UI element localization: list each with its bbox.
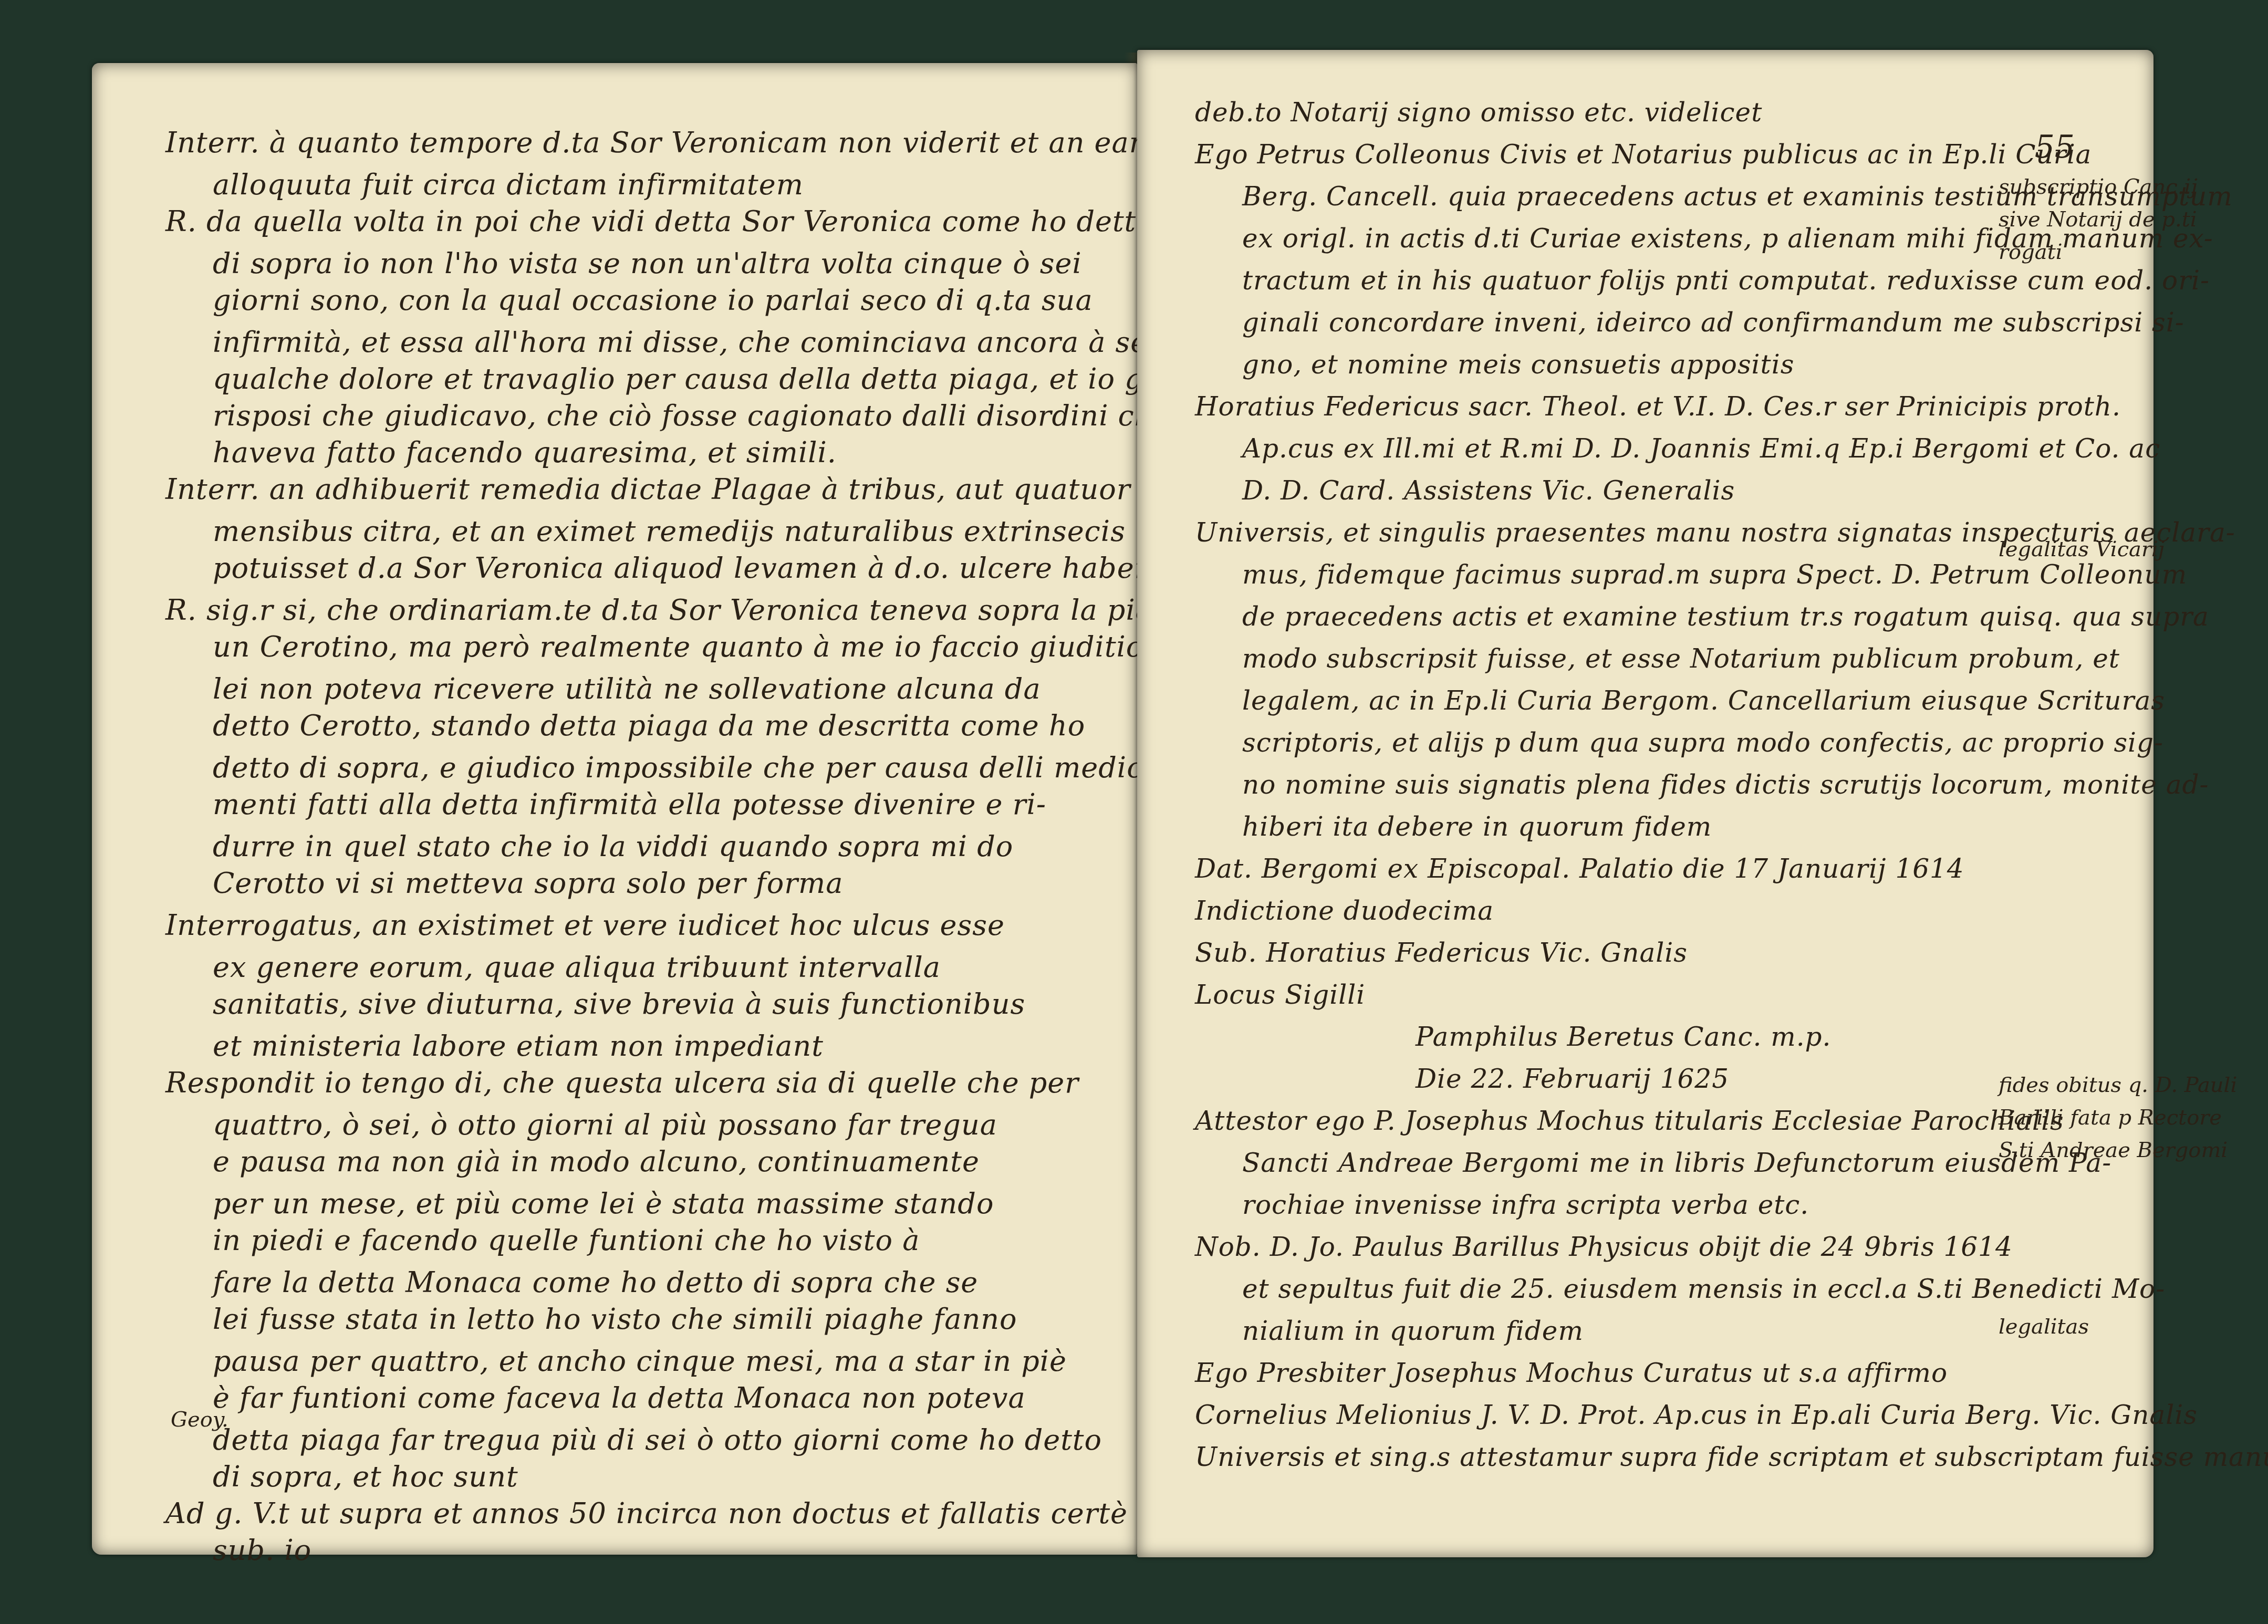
margin-note-line: rogati (1999, 236, 2198, 268)
margin-note: legalitas Vicarij (1999, 533, 2165, 566)
manuscript-line: rochiae invenisse infra scripta verba et… (1242, 1190, 1809, 1220)
manuscript-line: Horatius Federicus sacr. Theol. et V.I. … (1195, 391, 2121, 422)
manuscript-line: Interr. à quanto tempore d.ta Sor Veroni… (165, 126, 1157, 159)
manuscript-line: D. D. Card. Assistens Vic. Generalis (1242, 475, 1735, 506)
manuscript-line: R. sig.r si, che ordinariam.te d.ta Sor … (165, 594, 1189, 627)
manuscript-line: durre in quel stato che io la viddi quan… (213, 830, 1013, 863)
right-page: 55 deb.to Notarij signo omisso etc. vide… (1137, 50, 2153, 1557)
left-margin-note: Geoy. (171, 1408, 228, 1432)
manuscript-line: e pausa ma non già in modo alcuno, conti… (213, 1145, 980, 1178)
manuscript-line: detto di sopra, e giudico impossibile ch… (213, 751, 1171, 784)
manuscript-line: potuisset d.a Sor Veronica aliquod levam… (213, 551, 1166, 585)
manuscript-line: Cornelius Melionius J. V. D. Prot. Ap.cu… (1195, 1400, 2198, 1430)
manuscript-line: de praecedens actis et examine testium t… (1242, 601, 2209, 632)
manuscript-line: infirmità, et essa all'hora mi disse, ch… (213, 326, 1220, 359)
manuscript-line: Sancti Andreae Bergomi me in libris Defu… (1242, 1148, 2111, 1178)
margin-note-line: Barilli fata p Rectore (1999, 1101, 2237, 1134)
manuscript-line: et sepultus fuit die 25. eiusdem mensis … (1242, 1274, 2165, 1304)
manuscript-line: Universis et sing.s attestamur supra fid… (1195, 1442, 2268, 1472)
manuscript-line: lei non poteva ricevere utilità ne solle… (213, 672, 1041, 705)
manuscript-line: Indictione duodecima (1195, 896, 1494, 926)
manuscript-line: Ap.cus ex Ill.mi et R.mi D. D. Joannis E… (1242, 433, 2160, 464)
manuscript-line: quattro, ò sei, ò otto giorni al più pos… (213, 1108, 997, 1141)
manuscript-line: scriptoris, et alijs p dum qua supra mod… (1242, 727, 2163, 758)
manuscript-line: un Cerotino, ma però realmente quanto à … (213, 630, 1206, 663)
manuscript-line: ex genere eorum, quae aliqua tribuunt in… (213, 951, 941, 984)
margin-note-line: S.ti Andreae Bergomi (1999, 1134, 2237, 1167)
manuscript-line: menti fatti alla detta infirmità ella po… (213, 788, 1046, 821)
manuscript-line: Attestor ego P. Josephus Mochus titulari… (1195, 1106, 2064, 1136)
manuscript-line: Cerotto vi si metteva sopra solo per for… (213, 867, 844, 900)
margin-note-line: legalitas Vicarij (1999, 533, 2165, 566)
manuscript-line: et ministeria labore etiam non impediant (213, 1029, 824, 1063)
manuscript-line: ginali concordare inveni, ideirco ad con… (1242, 307, 2184, 338)
manuscript-line: sub. io (213, 1534, 311, 1567)
manuscript-line: Locus Sigilli (1195, 980, 1365, 1010)
manuscript-line: di sopra, et hoc sunt (213, 1460, 518, 1493)
manuscript-line: no nomine suis signatis plena fides dict… (1242, 769, 2209, 800)
manuscript-line: Interrogatus, an existimet et vere iudic… (165, 909, 1005, 942)
manuscript-line: fare la detta Monaca come ho detto di so… (213, 1266, 978, 1299)
manuscript-line: in piedi e facendo quelle funtioni che h… (213, 1224, 920, 1257)
manuscript-line: Ego Presbiter Josephus Mochus Curatus ut… (1195, 1358, 1948, 1388)
manuscript-line: modo subscripsit fuisse, et esse Notariu… (1242, 643, 2120, 674)
manuscript-line: alloquuta fuit circa dictam infirmitatem (213, 168, 804, 201)
margin-note-line: sive Notarij de p.ti (1999, 203, 2198, 236)
manuscript-line: di sopra io non l'ho vista se non un'alt… (213, 247, 1082, 280)
manuscript-line: Die 22. Februarij 1625 (1416, 1064, 1729, 1094)
manuscript-line: nialium in quorum fidem (1242, 1316, 1584, 1346)
manuscript-line: detto Cerotto, stando detta piaga da me … (213, 709, 1085, 742)
manuscript-line: R. da quella volta in poi che vidi detta… (165, 205, 1154, 238)
margin-note: legalitas (1999, 1310, 2089, 1343)
manuscript-line: Nob. D. Jo. Paulus Barillus Physicus obi… (1195, 1232, 2013, 1262)
manuscript-line: pausa per quattro, et ancho cinque mesi,… (213, 1345, 1067, 1378)
manuscript-line: gno, et nomine meis consuetis appositis (1242, 349, 1794, 380)
margin-note: subscriptio Canc.ijsive Notarij de p.tir… (1999, 171, 2198, 268)
manuscript-line: deb.to Notarij signo omisso etc. videlic… (1195, 97, 1762, 128)
manuscript-line: sanitatis, sive diuturna, sive brevia à … (213, 987, 1025, 1021)
manuscript-line: tractum et in his quatuor folijs pnti co… (1242, 265, 2210, 296)
manuscript-line: haveva fatto facendo quaresima, et simil… (213, 436, 837, 469)
manuscript-line: qualche dolore et travaglio per causa de… (213, 362, 1162, 395)
manuscript-line: Interr. an adhibuerit remedia dictae Pla… (165, 473, 1131, 506)
manuscript-line: Sub. Horatius Federicus Vic. Gnalis (1195, 938, 1688, 968)
manuscript-line: Ego Petrus Colleonus Civis et Notarius p… (1195, 139, 2092, 170)
manuscript-line: risposi che giudicavo, che ciò fosse cag… (213, 399, 1207, 432)
margin-note-line: fides obitus q. D. Pauli (1999, 1069, 2237, 1101)
manuscript-line: Respondit io tengo di, che questa ulcera… (165, 1066, 1079, 1099)
manuscript-line: detta piaga far tregua più di sei ò otto… (213, 1423, 1102, 1456)
manuscript-line: hiberi ita debere in quorum fidem (1242, 811, 1712, 842)
manuscript-line: legalem, ac in Ep.li Curia Bergom. Cance… (1242, 685, 2165, 716)
manuscript-line: lei fusse stata in letto ho visto che si… (213, 1303, 1017, 1336)
manuscript-line: Ad g. V.t ut supra et annos 50 incirca n… (165, 1497, 1128, 1530)
margin-note: fides obitus q. D. PauliBarilli fata p R… (1999, 1069, 2237, 1167)
margin-note-line: legalitas (1999, 1310, 2089, 1343)
manuscript-line: Pamphilus Beretus Canc. m.p. (1416, 1022, 1832, 1052)
manuscript-line: giorni sono, con la qual occasione io pa… (213, 284, 1093, 317)
margin-note-line: subscriptio Canc.ij (1999, 171, 2198, 203)
manuscript-line: mensibus citra, et an eximet remedijs na… (213, 515, 1126, 548)
manuscript-line: Dat. Bergomi ex Episcopal. Palatio die 1… (1195, 853, 1964, 884)
manuscript-line: per un mese, et più come lei è stata mas… (213, 1187, 994, 1220)
manuscript-line: è far funtioni come faceva la detta Mona… (213, 1381, 1026, 1414)
left-page: Interr. à quanto tempore d.ta Sor Veroni… (92, 63, 1137, 1555)
